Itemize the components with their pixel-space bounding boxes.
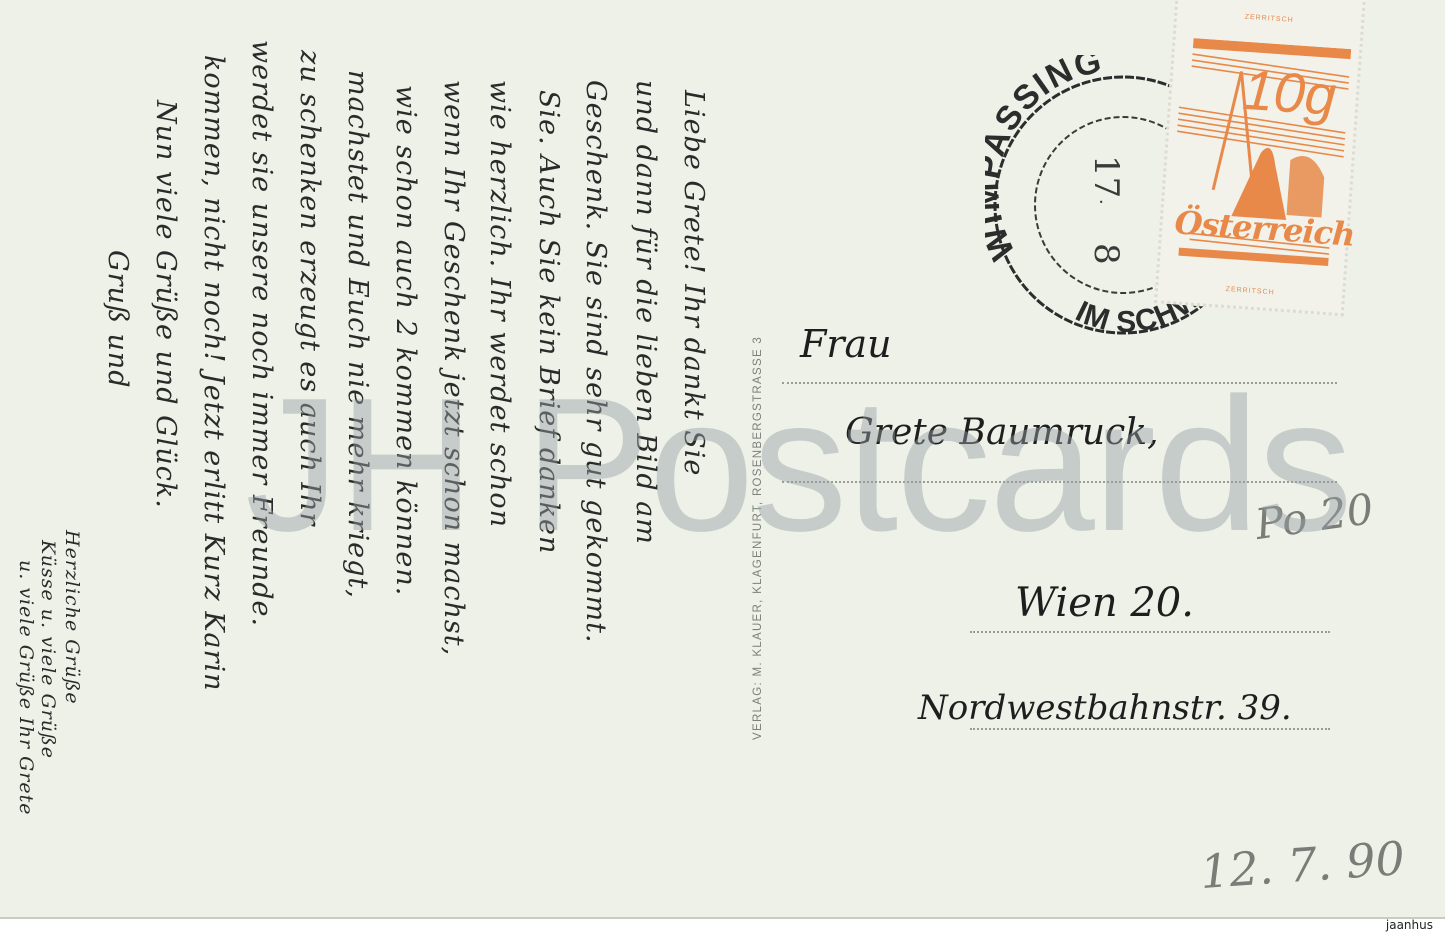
message-line: Geschenk. Sie sind sehr gut gekommt.: [582, 80, 609, 644]
handwritten-message: Liebe Grete! Ihr dankt Sie und dann für …: [20, 60, 740, 910]
message-line: u. viele Grüße Ihr Grete: [16, 560, 35, 815]
stamp-value: 10g: [1241, 62, 1338, 124]
stamp-microtext: ZERRITSCH: [1177, 9, 1361, 29]
svg-text:8: 8: [1086, 243, 1126, 265]
address-salutation: Frau: [800, 322, 892, 366]
address-street: Nordwestbahnstr. 39.: [918, 688, 1292, 728]
address-dotted-line: [782, 481, 1337, 483]
svg-text:17: 17: [1086, 155, 1126, 198]
svg-text:·: ·: [1090, 199, 1111, 205]
pencil-note: Po 20: [1252, 484, 1376, 549]
message-line: werdet sie unsere noch immer Freunde.: [248, 40, 275, 627]
address-city: Wien 20.: [1015, 580, 1194, 626]
message-line: Küsse u. viele Grüße: [38, 540, 57, 759]
message-line: Nun viele Grüße und Glück.: [152, 100, 179, 509]
message-line: Sie. Auch Sie kein Brief danken: [535, 90, 562, 554]
message-line: wie schon auch 2 kommen können.: [392, 85, 419, 596]
stamp-design: 10g Österreich: [1167, 37, 1345, 286]
publisher-imprint: VERLAG: M. KLAUER, KLAGENFURT, ROSENBERG…: [752, 100, 764, 740]
message-line: Gruß und: [104, 250, 131, 389]
pencil-note: 12. 7. 90: [1198, 831, 1406, 899]
address-dotted-line: [970, 728, 1330, 730]
message-line: und dann für die lieben Bild am: [632, 80, 659, 545]
address-dotted-line: [970, 631, 1330, 633]
address-dotted-line: [782, 382, 1337, 384]
message-line: zu schenken erzeugt es auch Ihr: [296, 50, 323, 526]
message-line: Herzliche Grüße: [62, 530, 81, 705]
message-line: Liebe Grete! Ihr dankt Sie: [680, 90, 707, 476]
message-line: wie herzlich. Ihr werdet schon: [486, 80, 513, 528]
message-line: kommen, nicht noch! Jetzt erlitt Kurz Ka…: [200, 55, 227, 692]
postcard-back: Liebe Grete! Ihr dankt Sie und dann für …: [0, 0, 1445, 919]
message-line: machstet und Euch nie mehr kriegt,: [344, 70, 371, 599]
address-name: Grete Baumruck,: [845, 412, 1159, 453]
postage-stamp: ZERRITSCH: [1154, 0, 1366, 316]
site-label: jaanhus: [1386, 918, 1433, 932]
message-line: wenn Ihr Geschenk jetzt schon machst,: [440, 80, 467, 656]
